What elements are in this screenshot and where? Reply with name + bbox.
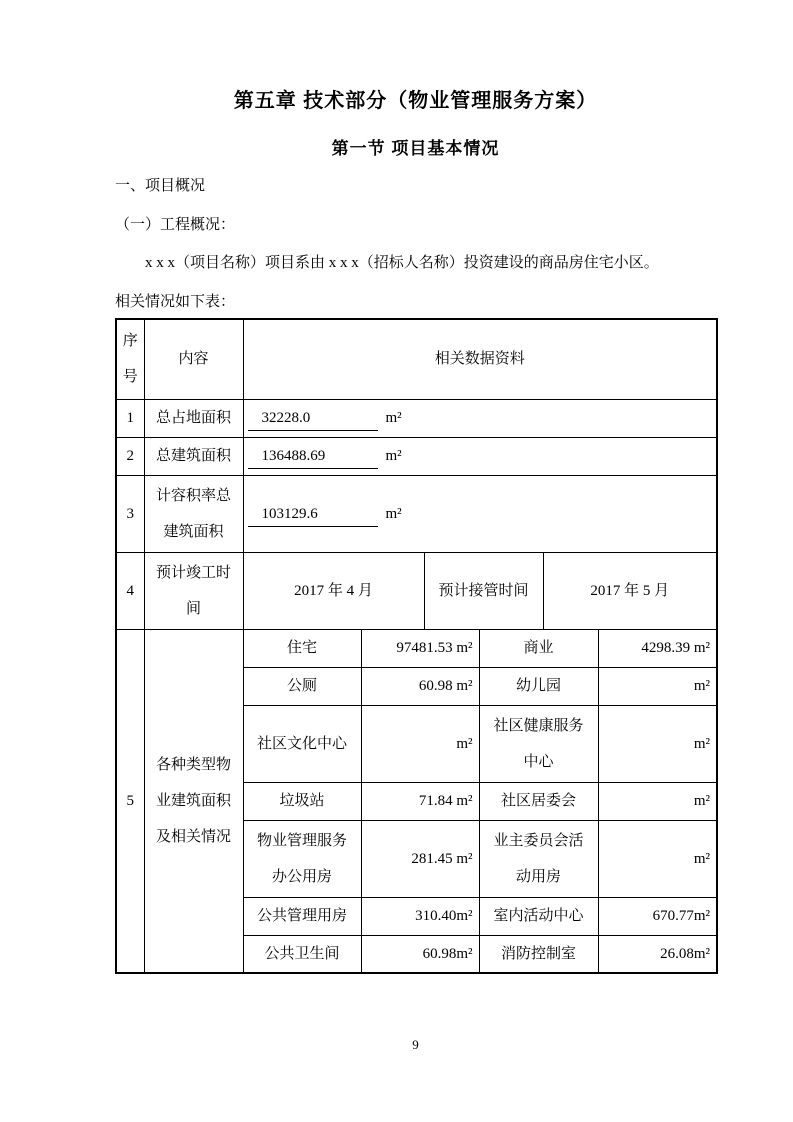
- area-name-cell: 公厕: [243, 667, 361, 705]
- unit-label: m²: [386, 410, 402, 426]
- label-cell: 总占地面积: [144, 399, 243, 437]
- area-value-cell: 60.98m²: [361, 935, 479, 973]
- unit-label: m²: [386, 448, 402, 464]
- section-title: 第一节 项目基本情况: [115, 138, 716, 160]
- header-data-cell: 相关数据资料: [243, 319, 717, 399]
- area-name-cell: 社区居委会: [479, 782, 598, 820]
- seq-cell: 3: [116, 475, 144, 552]
- area-value-cell: 26.08m²: [598, 935, 717, 973]
- area-name-cell: 物业管理服务 办公用房: [243, 820, 361, 897]
- chapter-title: 第五章 技术部分（物业管理服务方案）: [115, 88, 716, 114]
- area-name-cell: 室内活动中心: [479, 897, 598, 935]
- area-value-cell: m²: [361, 705, 479, 782]
- document-page: 第五章 技术部分（物业管理服务方案） 第一节 项目基本情况 一、项目概况 （一）…: [0, 0, 793, 1122]
- area-name-cell: 公共卫生间: [243, 935, 361, 973]
- area-value-cell: 4298.39 m²: [598, 629, 717, 667]
- page-number: 9: [115, 1036, 716, 1054]
- area-name-cell: 垃圾站: [243, 782, 361, 820]
- table-row-building-area: 2 总建筑面积 136488.69m²: [116, 437, 717, 475]
- label-cell: 计容积率总 建筑面积: [144, 475, 243, 552]
- area-value-cell: 97481.53 m²: [361, 629, 479, 667]
- table-row-dates: 4 预计竣工时 间 2017 年 4 月 预计接管时间 2017 年 5 月: [116, 552, 717, 629]
- label-cell: 预计竣工时 间: [144, 552, 243, 629]
- area-name-cell: 住宅: [243, 629, 361, 667]
- table-row-land-area: 1 总占地面积 32228.0m²: [116, 399, 717, 437]
- underlined-value: 136488.69: [248, 444, 378, 469]
- table-intro: 相关情况如下表：: [115, 292, 716, 312]
- seq-cell: 5: [116, 629, 144, 973]
- area-value-cell: m²: [598, 667, 717, 705]
- area-value-cell: 670.77m²: [598, 897, 717, 935]
- value-cell: 32228.0m²: [243, 399, 717, 437]
- seq-cell: 2: [116, 437, 144, 475]
- area-name-cell: 社区健康服务 中心: [479, 705, 598, 782]
- area-value-cell: 71.84 m²: [361, 782, 479, 820]
- project-info-table: 序 号 内容 相关数据资料 1 总占地面积 32228.0m² 2 总建筑面积 …: [115, 318, 718, 974]
- area-name-cell: 业主委员会活 动用房: [479, 820, 598, 897]
- area-value-cell: 60.98 m²: [361, 667, 479, 705]
- area-name-cell: 商业: [479, 629, 598, 667]
- area-value-cell: m²: [598, 705, 717, 782]
- table-header-row: 序 号 内容 相关数据资料: [116, 319, 717, 399]
- completion-date-cell: 2017 年 4 月: [243, 552, 424, 629]
- value-cell: 136488.69m²: [243, 437, 717, 475]
- takeover-date-cell: 2017 年 5 月: [543, 552, 717, 629]
- brief-heading: （一）工程概况：: [115, 215, 716, 235]
- project-description: x x x（项目名称）项目系由 x x x（招标人名称）投资建设的商品房住宅小区…: [115, 253, 716, 273]
- area-name-cell: 幼儿园: [479, 667, 598, 705]
- seq-cell: 4: [116, 552, 144, 629]
- area-value-cell: 310.40m²: [361, 897, 479, 935]
- header-seq-cell: 序 号: [116, 319, 144, 399]
- value-cell: 103129.6m²: [243, 475, 717, 552]
- area-value-cell: m²: [598, 820, 717, 897]
- underlined-value: 103129.6: [248, 502, 378, 527]
- header-content-cell: 内容: [144, 319, 243, 399]
- takeover-label-cell: 预计接管时间: [424, 552, 543, 629]
- seq-cell: 1: [116, 399, 144, 437]
- area-value-cell: m²: [598, 782, 717, 820]
- area-value-cell: 281.45 m²: [361, 820, 479, 897]
- label-cell: 各种类型物 业建筑面积 及相关情况: [144, 629, 243, 973]
- overview-heading: 一、项目概况: [115, 176, 716, 196]
- area-row: 5 各种类型物 业建筑面积 及相关情况 住宅 97481.53 m² 商业 42…: [116, 629, 717, 667]
- area-name-cell: 社区文化中心: [243, 705, 361, 782]
- table-row-plot-ratio-area: 3 计容积率总 建筑面积 103129.6m²: [116, 475, 717, 552]
- unit-label: m²: [386, 506, 402, 522]
- area-name-cell: 消防控制室: [479, 935, 598, 973]
- area-name-cell: 公共管理用房: [243, 897, 361, 935]
- label-cell: 总建筑面积: [144, 437, 243, 475]
- underlined-value: 32228.0: [248, 406, 378, 431]
